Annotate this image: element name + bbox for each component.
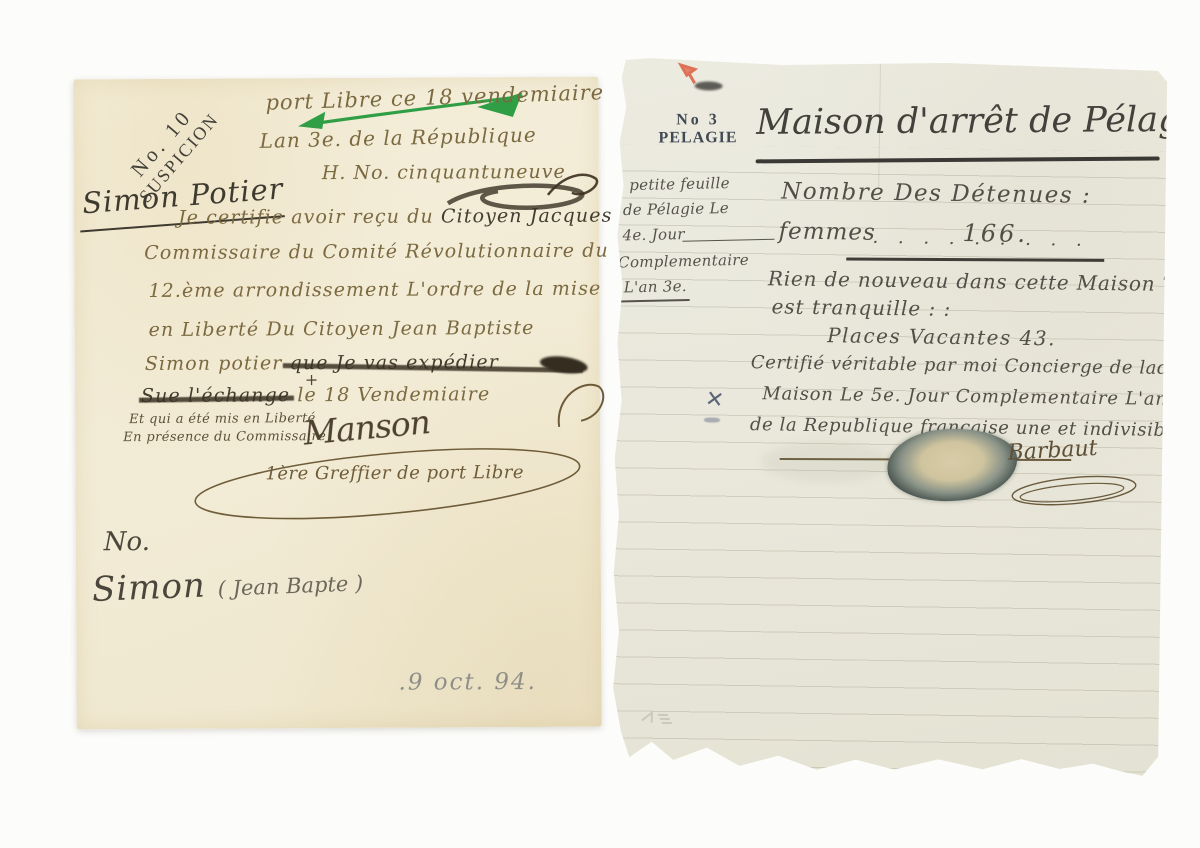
margin-note-3: 4e. Jour xyxy=(622,225,685,244)
stamp-number: No 3 xyxy=(652,111,744,129)
vacancies-line: Places Vacantes 43. xyxy=(827,323,1056,350)
certify-line-2: Maison Le 5e. Jour Complementaire L'an 3… xyxy=(762,383,1198,410)
x-mark: ✕ xyxy=(703,386,725,414)
ink-flourish-loop xyxy=(553,377,609,435)
detainees-count: 166. xyxy=(962,219,1028,248)
ink-bleed-ghost xyxy=(761,440,892,484)
body-line-4: en Liberté Du Citoyen Jean Baptiste xyxy=(149,317,535,341)
body-line-6-text: le 18 Vendemiaire xyxy=(290,383,490,406)
pencil-mark-smudge xyxy=(704,417,720,422)
title-underline xyxy=(756,157,1160,163)
count-underline xyxy=(846,258,1104,262)
detainees-heading: Nombre Des Détenues : xyxy=(781,178,1091,208)
footer-number-label: No. xyxy=(104,527,150,557)
footer-name-main: Simon xyxy=(91,565,206,610)
pencil-date: .9 oct. 94. xyxy=(398,669,537,696)
stamp-word: PELAGIE xyxy=(652,129,744,147)
footer-name-detail: ( Jean Bapte ) xyxy=(217,571,363,601)
signature-flourish xyxy=(1009,468,1140,514)
ink-smudge xyxy=(695,81,723,90)
insertion-caret: + xyxy=(305,370,319,389)
report-line-1: Rien de nouveau dans cette Maison Tout xyxy=(768,266,1200,296)
body-line-3: 12.ème arrondissement L'ordre de la mise xyxy=(148,278,601,302)
document-left-port-libre: No. 10 SUSPICION port Libre ce 18 vendem… xyxy=(73,77,601,730)
dateline-line2: Lan 3e. de la République xyxy=(259,123,537,153)
margin-note-5: L'an 3e. xyxy=(624,277,687,296)
report-line-2: est tranquille : : xyxy=(771,294,951,321)
concierge-signature: Barbaut xyxy=(1007,436,1098,466)
document-right-pelagie: No 3 PELAGIE Maison d'arrêt de Pélagie p… xyxy=(607,56,1169,782)
detainees-label: femmes xyxy=(778,218,876,245)
interline-note-1: Et qui a été mis en Liberté xyxy=(129,411,316,427)
pencil-smudge xyxy=(638,705,708,732)
document-title: Maison d'arrêt de Pélagie xyxy=(756,100,1200,143)
margin-note-4: Complementaire xyxy=(618,251,749,272)
body-line-1-text: Je certifie avoir reçu du xyxy=(178,205,441,228)
footer-name: Simon ( Jean Bapte ) xyxy=(91,559,364,610)
pelagie-stamp: No 3 PELAGIE xyxy=(652,111,744,147)
certify-line-1: Certifié véritable par moi Concierge de … xyxy=(751,352,1195,379)
margin-dash xyxy=(682,239,774,242)
ink-scribble-strike xyxy=(446,181,596,222)
margin-note-2: de Pélagie Le xyxy=(623,199,729,219)
margin-note-1: petite feuille xyxy=(629,174,730,194)
margin-underline xyxy=(620,299,690,302)
body-line-5-text: Simon potier xyxy=(145,352,290,375)
scan-background: No. 10 SUSPICION port Libre ce 18 vendem… xyxy=(0,0,1200,848)
body-line-2: Commissaire du Comité Révolutionnaire du xyxy=(144,240,609,264)
signature-oval-flourish xyxy=(187,437,587,531)
